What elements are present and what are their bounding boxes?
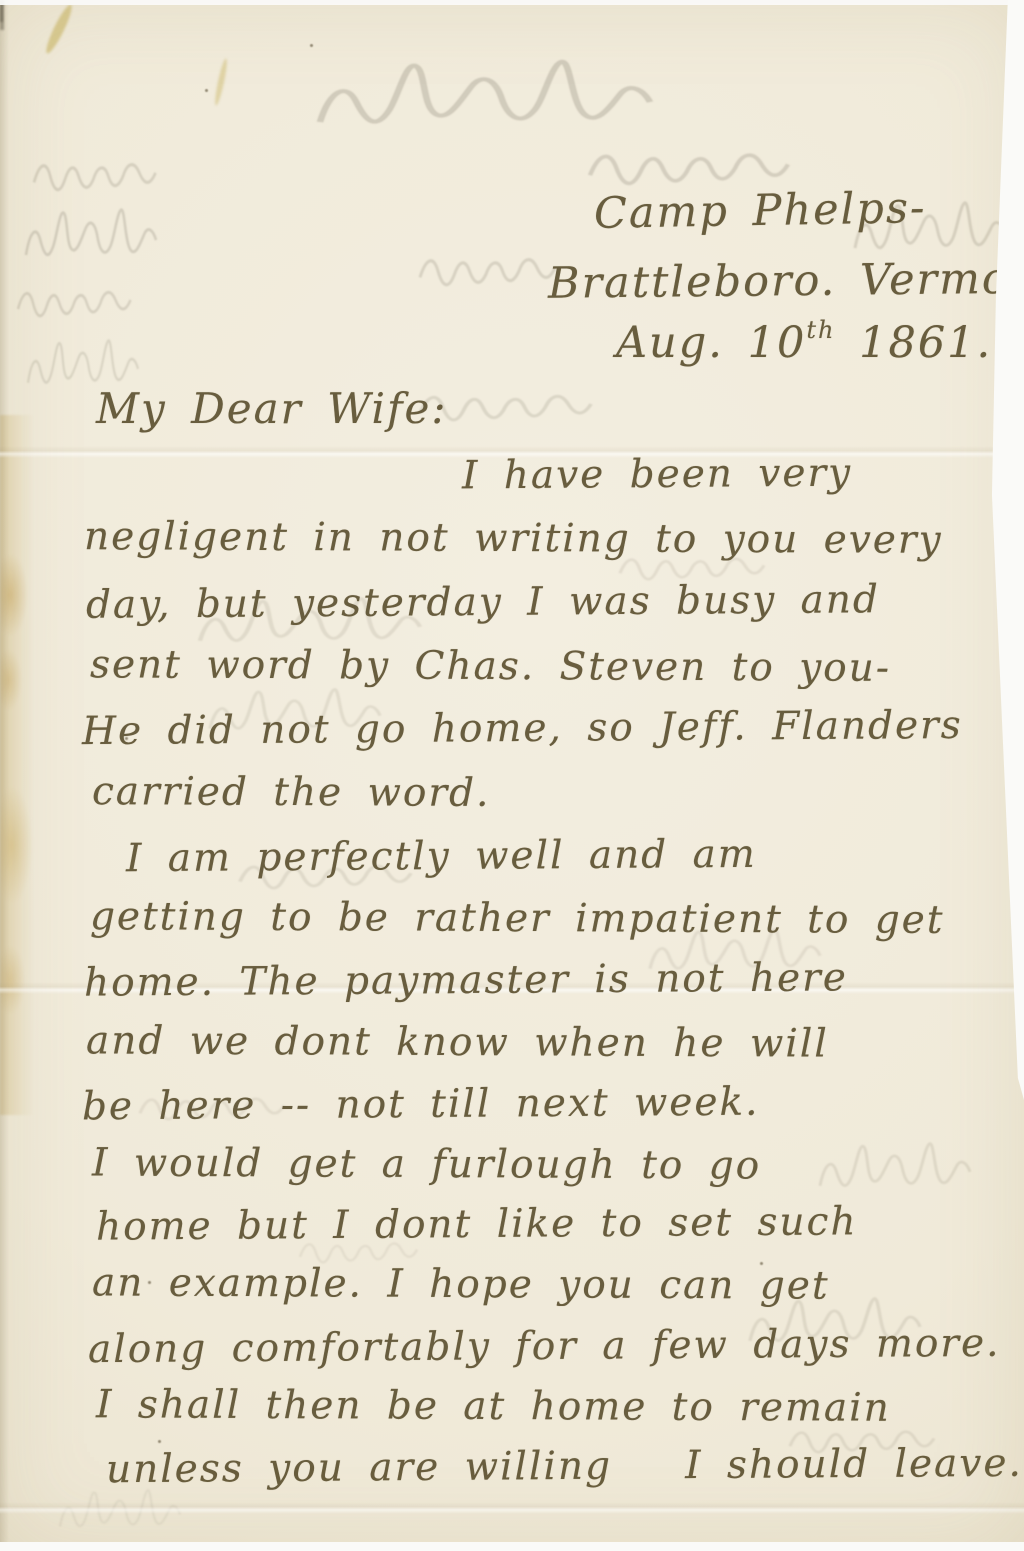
letter-salutation: My Dear Wife: xyxy=(96,384,448,433)
letter-date-ordinal: th xyxy=(806,316,835,344)
letter-date-day: Aug. 10 xyxy=(616,318,806,368)
letter-line: I would get a furlough to go xyxy=(92,1141,761,1189)
letter-line: be here -- not till next week. xyxy=(82,1080,760,1130)
scan-edge-right xyxy=(988,0,1024,1100)
fold-crease xyxy=(0,1502,1024,1514)
ink-speck xyxy=(158,1440,161,1443)
letter-line: negligent in not writing to you every xyxy=(84,514,943,563)
letter-line: home. The paymaster is not here xyxy=(84,955,848,1005)
paper-stain-streak xyxy=(213,58,229,106)
letter-line: an example. I hope you can get xyxy=(92,1260,830,1308)
ink-speck xyxy=(310,44,313,47)
paper-edge-shading xyxy=(0,0,9,1551)
scan-edge-bottom xyxy=(0,1542,1024,1551)
letter-heading-date: Aug. 10th 1861. xyxy=(616,318,992,368)
letter-heading-camp: Camp Phelps- xyxy=(594,183,927,239)
letter-date-year: 1861. xyxy=(835,318,992,368)
letter-line: sent word by Chas. Steven to you- xyxy=(90,642,891,690)
letter-line: and we dont know when he will xyxy=(86,1018,829,1066)
letter-line: home but I dont like to set such xyxy=(96,1199,858,1249)
letter-line: He did not go home, so Jeff. Flanders xyxy=(82,703,963,754)
paper-stain-streak xyxy=(43,3,76,56)
letter-line: unless you are willing I should leave. xyxy=(106,1441,1023,1492)
letter-page: Camp Phelps- Brattleboro. Vermont, Aug. … xyxy=(0,0,1024,1551)
scan-edge-top xyxy=(0,0,1024,5)
ink-speck xyxy=(205,89,208,92)
letter-line: day, but yesterday I was busy and xyxy=(86,577,880,628)
letter-line: along comfortably for a few days more. xyxy=(88,1321,1001,1372)
letter-line: carried the word. xyxy=(92,769,491,816)
letter-heading-place: Brattleboro. Vermont, xyxy=(548,253,1024,309)
letter-line: I am perfectly well and am xyxy=(126,832,757,881)
letter-line: I have been very xyxy=(462,451,852,499)
letter-line: I shall then be at home to remain xyxy=(96,1382,891,1430)
letter-line: getting to be rather impatient to get xyxy=(90,894,945,943)
